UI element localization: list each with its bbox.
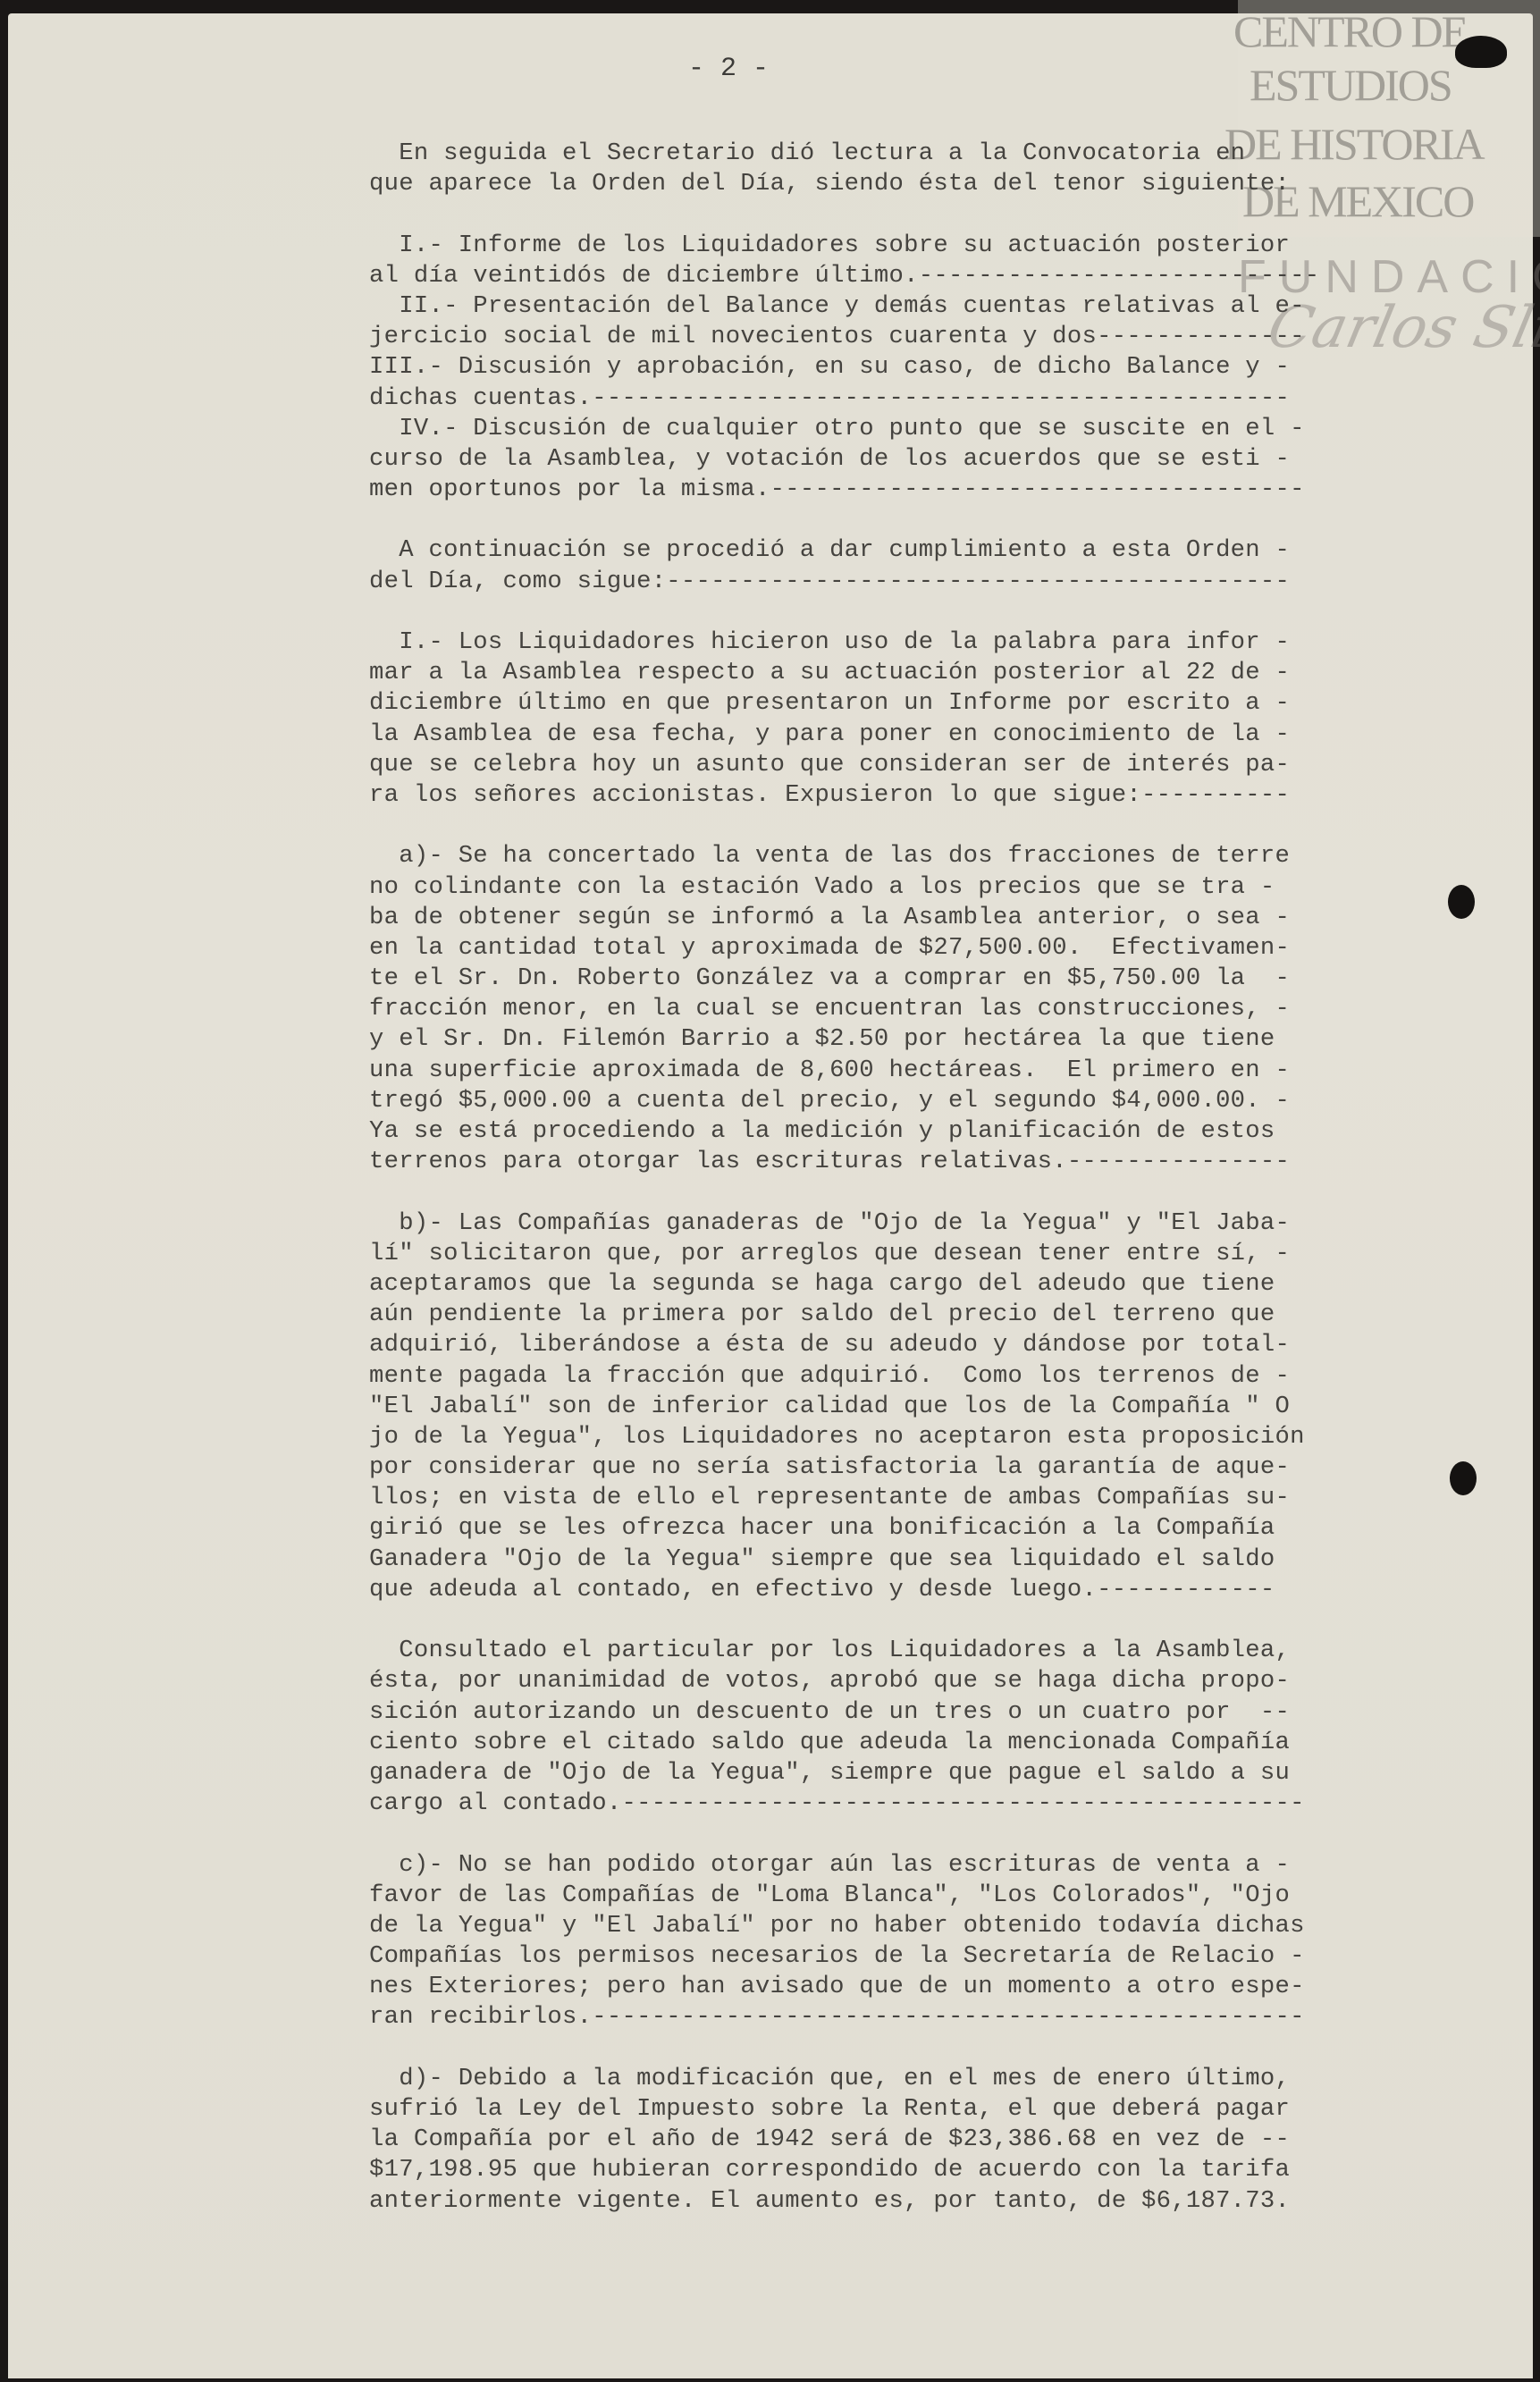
watermark-line-2: ESTUDIOS [1250,59,1452,111]
text-line: c)- No se han podido otorgar aún las esc… [369,1850,1486,1881]
text-line: A continuación se procedió a dar cumplim… [369,535,1486,566]
text-line: En seguida el Secretario dió lectura a l… [369,139,1486,169]
paragraph-gap [369,811,1486,841]
text-line: te el Sr. Dn. Roberto González va a comp… [369,964,1486,994]
page-number: - 2 - [688,54,769,84]
text-line: la Compañía por el año de 1942 será de $… [369,2125,1486,2155]
text-line: adquirió, liberándose a ésta de su adeud… [369,1330,1486,1360]
watermark-line-1: CENTRO DE [1233,5,1467,57]
text-line: terrenos para otorgar las escrituras rel… [369,1147,1486,1177]
text-line: una superficie aproximada de 8,600 hectá… [369,1056,1486,1086]
text-line: lí" solicitaron que, por arreglos que de… [369,1239,1486,1269]
text-line: aceptaramos que la segunda se haga cargo… [369,1269,1486,1300]
text-line: por considerar que no sería satisfactori… [369,1452,1486,1483]
text-line: fracción menor, en la cual se encuentran… [369,994,1486,1024]
text-line: d)- Debido a la modificación que, en el … [369,2064,1486,2094]
text-line: que aparece la Orden del Día, siendo ést… [369,169,1486,199]
text-line: $17,198.95 que hubieran correspondido de… [369,2155,1486,2185]
typewritten-body: En seguida el Secretario dió lectura a l… [369,139,1486,2217]
text-line: ra los señores accionistas. Expusieron l… [369,780,1486,811]
text-line: dichas cuentas.-------------------------… [369,383,1486,414]
text-line: curso de la Asamblea, y votación de los … [369,444,1486,475]
text-line: girió que se les ofrezca hacer una bonif… [369,1513,1486,1544]
text-line: jo de la Yegua", los Liquidadores no ace… [369,1422,1486,1452]
paragraph-gap [369,505,1486,535]
text-line: Ya se está procediendo a la medición y p… [369,1116,1486,1147]
text-line: ran recibirlos.-------------------------… [369,2002,1486,2033]
text-line: cargo al contado.-----------------------… [369,1789,1486,1819]
paragraph-gap [369,2033,1486,2064]
text-line: I.- Los Liquidadores hicieron uso de la … [369,627,1486,658]
text-line: sición autorizando un descuento de un tr… [369,1697,1486,1728]
text-line: mar a la Asamblea respecto a su actuació… [369,658,1486,688]
text-line: IV.- Discusión de cualquier otro punto q… [369,414,1486,444]
text-line: de la Yegua" y "El Jabalí" por no haber … [369,1911,1486,1941]
text-line: Consultado el particular por los Liquida… [369,1636,1486,1666]
text-line: a)- Se ha concertado la venta de las dos… [369,841,1486,871]
text-line: Compañías los permisos necesarios de la … [369,1941,1486,1972]
text-line: favor de las Compañías de "Loma Blanca",… [369,1881,1486,1911]
text-line: nes Exteriores; pero han avisado que de … [369,1972,1486,2002]
text-line: en la cantidad total y aproximada de $27… [369,933,1486,964]
text-line: I.- Informe de los Liquidadores sobre su… [369,231,1486,261]
text-line: tregó $5,000.00 a cuenta del precio, y e… [369,1086,1486,1116]
text-line: Ganadera "Ojo de la Yegua" siempre que s… [369,1545,1486,1575]
text-line: men oportunos por la misma.-------------… [369,475,1486,505]
text-line: diciembre último en que presentaron un I… [369,688,1486,719]
text-line: III.- Discusión y aprobación, en su caso… [369,352,1486,383]
text-line: ésta, por unanimidad de votos, aprobó qu… [369,1666,1486,1696]
text-line: no colindante con la estación Vado a los… [369,872,1486,903]
punch-hole-top [1455,36,1507,68]
text-line: que adeuda al contado, en efectivo y des… [369,1575,1486,1605]
paragraph-gap [369,199,1486,230]
paragraph-gap [369,597,1486,627]
paragraph-gap [369,1177,1486,1208]
text-line: anteriormente vigente. El aumento es, po… [369,2186,1486,2217]
text-line: ba de obtener según se informó a la Asam… [369,903,1486,933]
text-line: llos; en vista de ello el representante … [369,1483,1486,1513]
text-line: jercicio social de mil novecientos cuare… [369,322,1486,352]
paragraph-gap [369,1819,1486,1849]
text-line: del Día, como sigue:--------------------… [369,567,1486,597]
text-line: que se celebra hoy un asunto que conside… [369,750,1486,780]
text-line: ganadera de "Ojo de la Yegua", siempre q… [369,1758,1486,1789]
paragraph-gap [369,1605,1486,1636]
text-line: "El Jabalí" son de inferior calidad que … [369,1392,1486,1422]
text-line: II.- Presentación del Balance y demás cu… [369,291,1486,322]
text-line: ciento sobre el citado saldo que adeuda … [369,1728,1486,1758]
text-line: aún pendiente la primera por saldo del p… [369,1300,1486,1330]
text-line: mente pagada la fracción que adquirió. C… [369,1361,1486,1392]
text-line: b)- Las Compañías ganaderas de "Ojo de l… [369,1208,1486,1239]
text-line: al día veintidós de diciembre último.---… [369,261,1486,291]
text-line: sufrió la Ley del Impuesto sobre la Rent… [369,2094,1486,2125]
text-line: la Asamblea de esa fecha, y para poner e… [369,720,1486,750]
text-line: y el Sr. Dn. Filemón Barrio a $2.50 por … [369,1024,1486,1055]
